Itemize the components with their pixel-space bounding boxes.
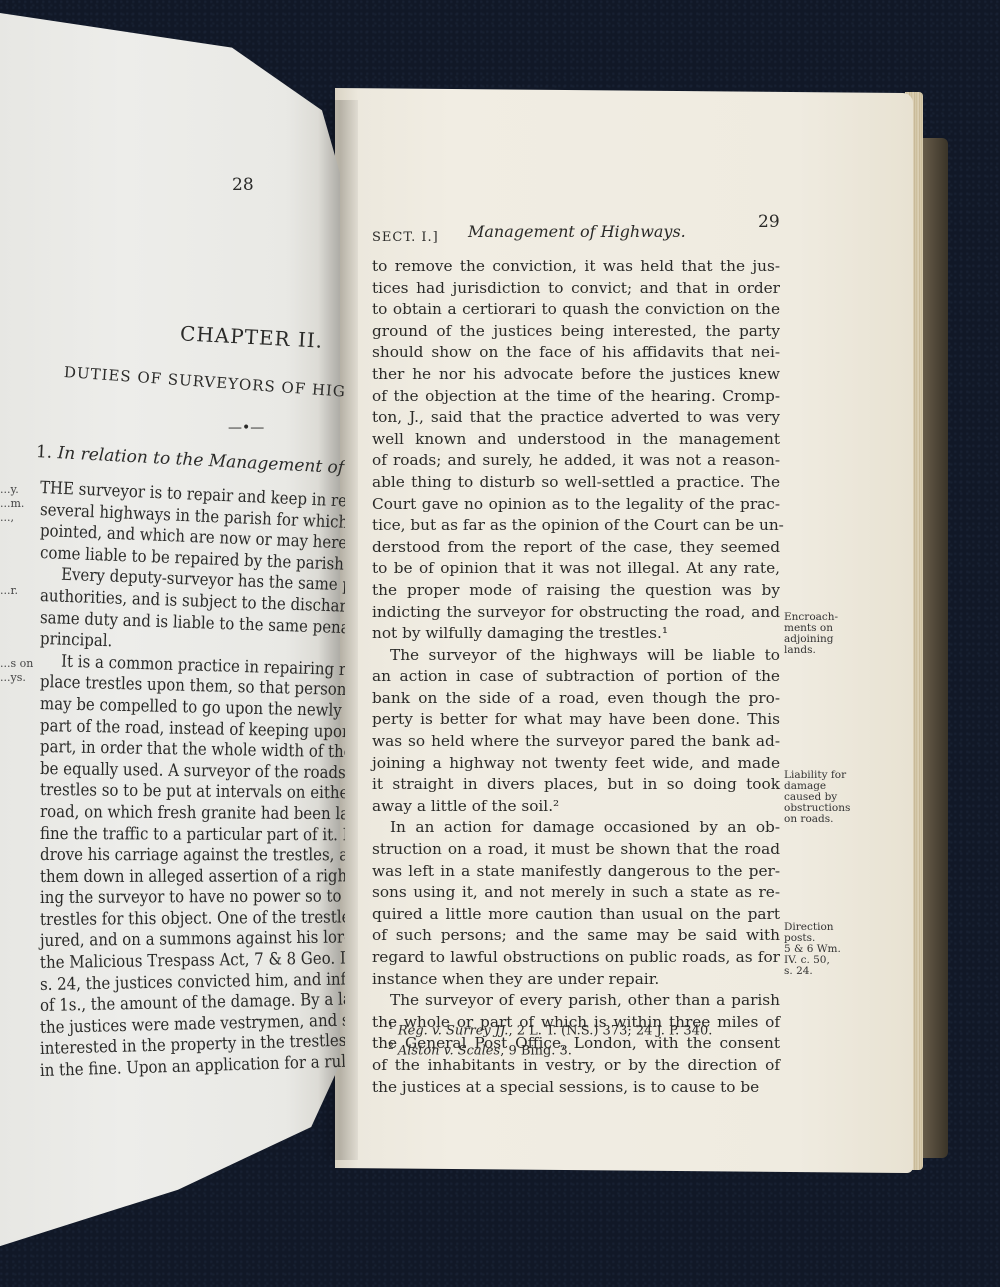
text-line: to obtain a certiorari to quash the conv… — [372, 299, 780, 321]
left-page-body: THE surveyor is to repair and keep in re… — [40, 478, 345, 1083]
text-line: tice, but as far as the opinion of the C… — [372, 515, 780, 537]
side-note-line: s. 24. — [784, 966, 841, 977]
ornament-divider: —•— — [228, 420, 264, 436]
margin-note: ...m. — [0, 497, 24, 510]
text-line: the justices at a special sessions, is t… — [372, 1077, 780, 1099]
left-page-content: 28 CHAPTER II. DUTIES OF SURVEYORS OF HI… — [0, 0, 345, 1287]
margin-note: ...ys. — [0, 671, 26, 684]
text-line: instance when they are under repair. — [372, 969, 780, 991]
footnote-cite: , 2 L. T. (N.S.) 373; 24 J. P. 340. — [508, 1023, 712, 1038]
text-line: ther he nor his advocate before the just… — [372, 364, 780, 386]
text-line: ton, J., said that the practice adverted… — [372, 407, 780, 429]
margin-note: ...s on — [0, 657, 33, 670]
text-line: was so held where the surveyor pared the… — [372, 731, 780, 753]
text-line: ground of the justices being interested,… — [372, 321, 780, 343]
side-note-direction-posts: Directionposts.5 & 6 Wm.IV. c. 50,s. 24. — [784, 922, 841, 977]
chapter-subtitle: DUTIES OF SURVEYORS OF HIGHWAYS — [63, 363, 345, 405]
text-line: derstood from the report of the case, th… — [372, 537, 780, 559]
footnotes: 1 Reg. v. Surrey JJ., 2 L. T. (N.S.) 373… — [388, 1019, 712, 1060]
margin-note: ...y. — [0, 483, 19, 496]
text-line: to remove the conviction, it was held th… — [372, 256, 780, 278]
text-line: sons using it, and not merely in such a … — [372, 882, 780, 904]
text-line: away a little of the soil.² — [372, 796, 780, 818]
text-line: ing the surveyor to have no power so to … — [40, 886, 345, 910]
side-note-line: lands. — [784, 645, 838, 656]
text-line: The surveyor of the highways will be lia… — [372, 645, 780, 667]
text-line: The surveyor of every parish, other than… — [372, 990, 780, 1012]
text-line: an action in case of subtraction of port… — [372, 666, 780, 688]
margin-note: ..., — [0, 511, 14, 524]
footnote-mark: 2 — [388, 1042, 394, 1052]
text-line: well known and understood in the managem… — [372, 429, 780, 451]
side-note-line: on roads. — [784, 814, 850, 825]
text-line: regard to lawful obstructions on public … — [372, 947, 780, 969]
text-line: road, on which fresh granite had been la… — [40, 802, 345, 826]
text-line: of the objection at the time of the hear… — [372, 386, 780, 408]
text-line: the proper mode of raising the question … — [372, 580, 780, 602]
text-line: bank on the side of a road, even though … — [372, 688, 780, 710]
text-line: fine the traffic to a particular part of… — [40, 824, 345, 847]
text-line: of roads; and surely, he added, it was n… — [372, 450, 780, 472]
text-line: drove his carriage against the trestles,… — [40, 845, 345, 867]
text-line: tices had jurisdiction to convict; and t… — [372, 278, 780, 300]
text-line: should show on the face of his affidavit… — [372, 342, 780, 364]
text-line: Court gave no opinion as to the legality… — [372, 494, 780, 516]
left-page-number: 28 — [232, 175, 254, 195]
text-line: it straight in divers places, but in so … — [372, 774, 780, 796]
text-line: indicting the surveyor for obstructing t… — [372, 602, 780, 624]
right-page-number: 29 — [758, 212, 780, 232]
text-line: of such persons; and the same may be sai… — [372, 925, 780, 947]
text-line: struction on a road, it must be shown th… — [372, 839, 780, 861]
running-head-section: SECT. I.] — [372, 230, 439, 245]
text-line: In an action for damage occasioned by an… — [372, 817, 780, 839]
chapter-title: CHAPTER II. — [179, 321, 323, 352]
running-head-title: Management of Highways. — [468, 222, 686, 241]
right-page-body: to remove the conviction, it was held th… — [372, 256, 780, 1098]
text-line: not by wilfully damaging the trestles.¹ — [372, 623, 780, 645]
section-number: 1. — [35, 442, 52, 463]
text-line: them down in alleged assertion of a righ… — [40, 866, 345, 888]
footnote-cite: , 9 Bing. 3. — [500, 1044, 572, 1059]
footnote-case: Alston v. Scales — [398, 1044, 500, 1059]
text-line: to be of opinion that it was not illegal… — [372, 558, 780, 580]
footnote-2: 2 Alston v. Scales, 9 Bing. 3. — [388, 1039, 712, 1059]
text-line: able thing to disturb so well-settled a … — [372, 472, 780, 494]
footnote-mark: 1 — [388, 1022, 394, 1032]
footnote-case: Reg. v. Surrey JJ. — [398, 1023, 509, 1038]
text-line: was left in a state manifestly dangerous… — [372, 861, 780, 883]
text-line: quired a little more caution than usual … — [372, 904, 780, 926]
side-note-liability: Liability fordamagecaused byobstructions… — [784, 770, 850, 825]
text-line: perty is better for what may have been d… — [372, 709, 780, 731]
side-note-encroachments: Encroach-ments onadjoininglands. — [784, 612, 838, 656]
text-line: joining a highway not twenty feet wide, … — [372, 753, 780, 775]
footnote-1: 1 Reg. v. Surrey JJ., 2 L. T. (N.S.) 373… — [388, 1019, 712, 1039]
margin-note: ...r. — [0, 584, 18, 597]
